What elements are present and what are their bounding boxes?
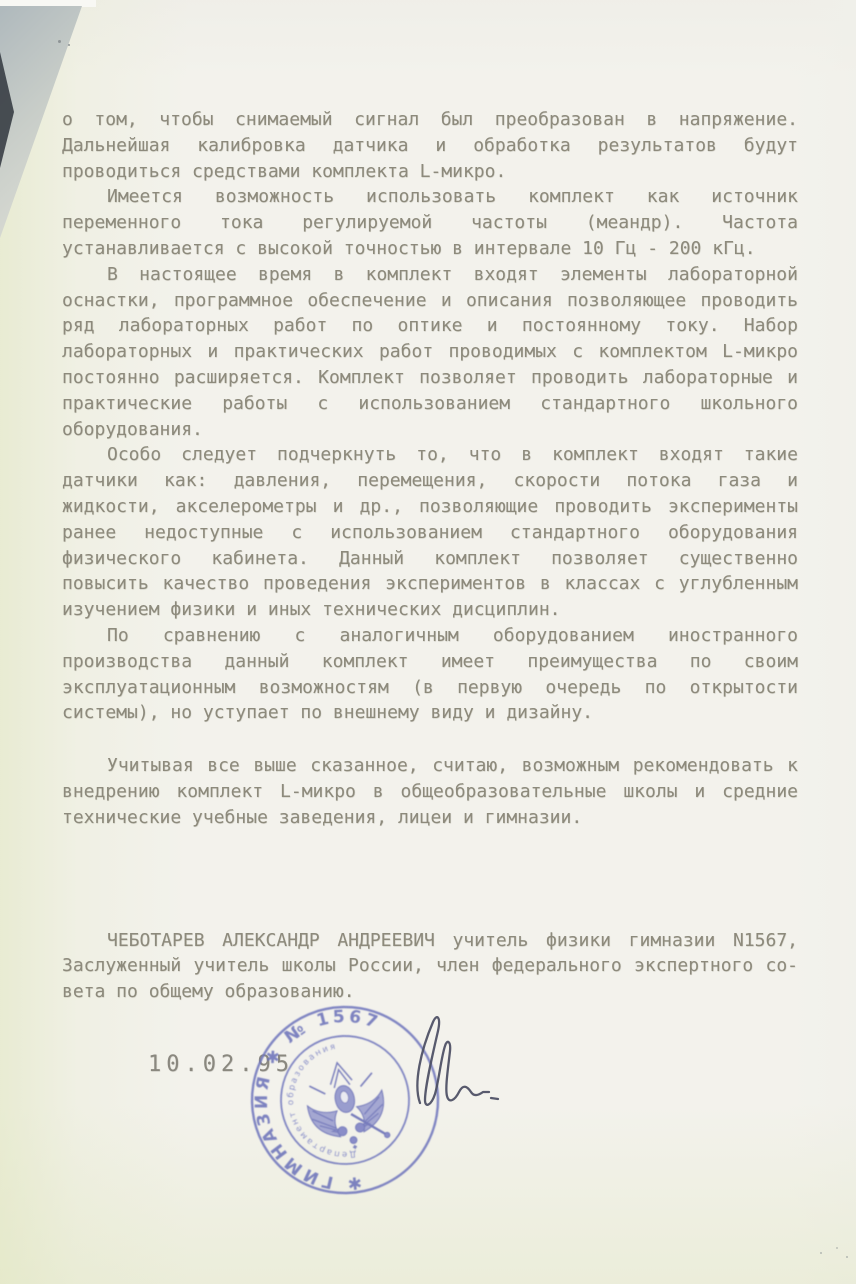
scan-corner-edge — [0, 0, 96, 7]
text-line: Особо следует подчеркнуть то, что в комп… — [62, 442, 798, 468]
paper-speck — [836, 1247, 838, 1249]
text-line: оснастки, программное обеспечение и опис… — [62, 288, 798, 314]
text-line: внедрению комплект L-микро в общеобразов… — [62, 779, 798, 805]
text-line: Учитывая все выше сказанное, считаю, воз… — [62, 753, 798, 779]
scanned-document-page: о том, чтобы снимаемый сигнал был преобр… — [0, 0, 856, 1284]
para-frequency-source: Имеется возможность использовать комплек… — [62, 184, 798, 261]
signature-stroke — [417, 1017, 489, 1105]
para-continuation: о том, чтобы снимаемый сигнал был преобр… — [62, 107, 798, 184]
text-line: системы), но уступает по внешнему виду и… — [62, 700, 798, 726]
text-line: оборудования. — [62, 417, 798, 443]
paper-speck — [58, 40, 61, 43]
text-line: о том, чтобы снимаемый сигнал был преобр… — [62, 107, 798, 133]
text-line: Дальнейшая калибровка датчика и обработк… — [62, 133, 798, 159]
text-line: По сравнению с аналогичным оборудованием… — [62, 623, 798, 649]
text-line: физического кабинета. Данный комплект по… — [62, 546, 798, 572]
text-line: ряд лабораторных работ по оптике и посто… — [62, 313, 798, 339]
signature-tail — [491, 1098, 498, 1099]
text-line: повысить качество проведения эксперимент… — [62, 571, 798, 597]
text-line: проводиться средствами комплекта L-микро… — [62, 159, 798, 185]
para-signatory: ЧЕБОТАРЕВ АЛЕКСАНДР АНДРЕЕВИЧ учитель фи… — [62, 928, 798, 1005]
text-line: эксплуатационным возможностям (в первую … — [62, 675, 798, 701]
text-line: жидкости, акселерометры и др., позволяющ… — [62, 494, 798, 520]
text-line: ранее недоступные с использованием станд… — [62, 520, 798, 546]
text-line: датчики как: давления, перемещения, скор… — [62, 468, 798, 494]
text-line: Имеется возможность использовать комплек… — [62, 184, 798, 210]
text-line: устанавливается с высокой точностью в ин… — [62, 236, 798, 262]
text-line: лабораторных и практических работ провод… — [62, 339, 798, 365]
text-line: В настоящее время в комплект входят элем… — [62, 262, 798, 288]
para-current-contents: В настоящее время в комплект входят элем… — [62, 262, 798, 443]
text-line: технические учебные заведения, лицеи и г… — [62, 805, 798, 831]
text-line: Заслуженный учитель школы России, член ф… — [62, 953, 798, 979]
text-line: постоянно расширяется. Комплект позволяе… — [62, 365, 798, 391]
para-sensors: Особо следует подчеркнуть то, что в комп… — [62, 442, 798, 623]
document-body: о том, чтобы снимаемый сигнал был преобр… — [62, 107, 798, 1005]
text-line: переменного тока регулируемой частоты (м… — [62, 210, 798, 236]
paper-speck — [820, 1252, 822, 1254]
text-line: практические работы с использованием ста… — [62, 391, 798, 417]
text-line: изучением физики и иных технических дисц… — [62, 597, 798, 623]
para-recommendation: Учитывая все выше сказанное, считаю, воз… — [62, 753, 798, 830]
text-line: производства данный комплект имеет преим… — [62, 649, 798, 675]
para-comparison: По сравнению с аналогичным оборудованием… — [62, 623, 798, 726]
signature — [385, 1006, 535, 1126]
text-line: ЧЕБОТАРЕВ АЛЕКСАНДР АНДРЕЕВИЧ учитель фи… — [62, 928, 798, 954]
paper-speck — [68, 44, 70, 46]
paper-speck — [846, 1256, 848, 1258]
